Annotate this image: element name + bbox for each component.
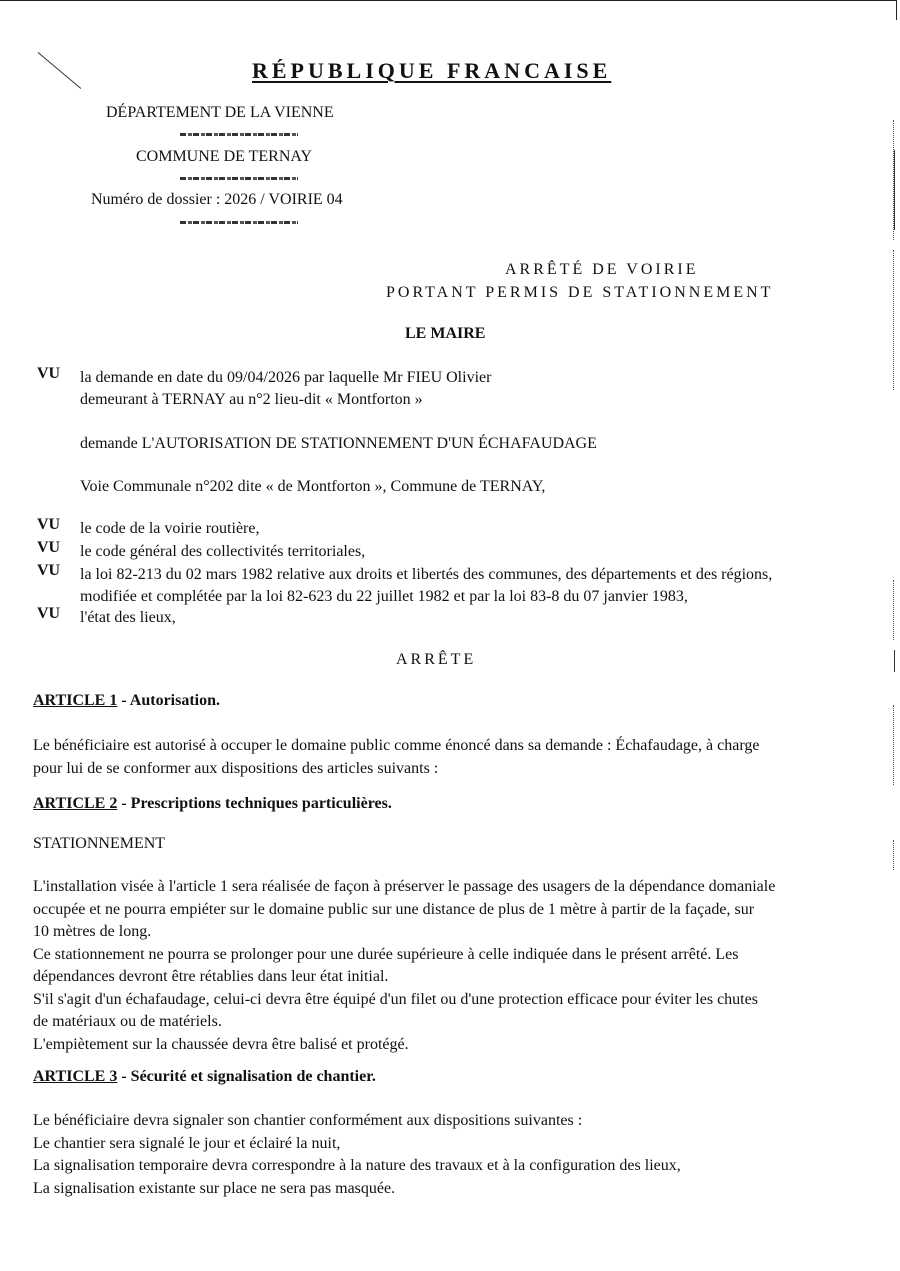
department-name: DÉPARTEMENT DE LA VIENNE: [106, 104, 334, 122]
paragraph-line: La signalisation existante sur place ne …: [33, 1178, 863, 1201]
article-title: - Autorisation.: [117, 692, 220, 709]
consideration-text: le code de la voirie routière,: [80, 518, 259, 540]
article-title: - Sécurité et signalisation de chantier.: [117, 1068, 376, 1085]
article-number: ARTICLE 1: [33, 692, 117, 709]
decree-title-line1: ARRÊTÉ DE VOIRIE: [505, 261, 698, 279]
vu-label: VU: [37, 365, 60, 383]
vu-label: VU: [37, 605, 60, 623]
article-1-heading: ARTICLE 1 - Autorisation.: [33, 690, 220, 712]
article-number: ARTICLE 3: [33, 1068, 117, 1085]
paragraph-line: L'empiètement sur la chaussée devra être…: [33, 1034, 863, 1057]
paragraph-line: dépendances devront être rétablies dans …: [33, 966, 863, 989]
article-2-subheading: STATIONNEMENT: [33, 833, 165, 855]
paragraph-line: de matériaux ou de matériels.: [33, 1011, 863, 1034]
request-demand: demande L'AUTORISATION DE STATIONNEMENT …: [80, 433, 597, 455]
decorative-separator: [180, 133, 298, 136]
republic-title: RÉPUBLIQUE FRANCAISE: [252, 58, 611, 84]
article-3-body: Le bénéficiaire devra signaler son chant…: [33, 1110, 863, 1200]
vu-label: VU: [37, 539, 60, 557]
paragraph-line: L'installation visée à l'article 1 sera …: [33, 876, 863, 899]
vu-label: VU: [37, 516, 60, 534]
paragraph-line: La signalisation temporaire devra corres…: [33, 1155, 863, 1178]
request-line: la demande en date du 09/04/2026 par laq…: [80, 367, 491, 389]
scan-edge-artifact: [893, 705, 895, 785]
request-line: demeurant à TERNAY au n°2 lieu-dit « Mon…: [80, 389, 423, 411]
decorative-separator: [180, 221, 298, 224]
paragraph-line: Le bénéficiaire devra signaler son chant…: [33, 1110, 863, 1133]
article-2-heading: ARTICLE 2 - Prescriptions techniques par…: [33, 793, 392, 815]
consideration-continuation: modifiée et complétée par la loi 82-623 …: [80, 586, 688, 608]
dossier-number: Numéro de dossier : 2026 / VOIRIE 04: [91, 191, 343, 209]
paragraph-line: pour lui de se conformer aux disposition…: [33, 758, 863, 781]
paragraph-line: 10 mètres de long.: [33, 921, 863, 944]
paragraph-line: occupée et ne pourra empiéter sur le dom…: [33, 899, 863, 922]
scan-edge-artifact: [893, 840, 895, 870]
paragraph-line: Le bénéficiaire est autorisé à occuper l…: [33, 735, 863, 758]
decree-title-line2: PORTANT PERMIS DE STATIONNEMENT: [386, 284, 773, 302]
scan-edge-artifact: [893, 250, 895, 390]
consideration-text: la loi 82-213 du 02 mars 1982 relative a…: [80, 564, 772, 586]
scan-edge-artifact: [894, 150, 895, 230]
decree-heading: ARRÊTE: [396, 651, 476, 669]
scan-edge-artifact: [893, 580, 895, 640]
paragraph-line: Le chantier sera signalé le jour et écla…: [33, 1133, 863, 1156]
vu-label: VU: [37, 562, 60, 580]
commune-name: COMMUNE DE TERNAY: [136, 148, 312, 166]
scan-border: [896, 0, 897, 20]
decorative-separator: [180, 177, 298, 180]
article-1-body: Le bénéficiaire est autorisé à occuper l…: [33, 735, 863, 780]
paragraph-line: S'il s'agit d'un échafaudage, celui-ci d…: [33, 989, 863, 1012]
paragraph-line: Ce stationnement ne pourra se prolonger …: [33, 944, 863, 967]
request-location: Voie Communale n°202 dite « de Montforto…: [80, 476, 545, 498]
article-title: - Prescriptions techniques particulières…: [117, 795, 392, 812]
pen-mark: [38, 52, 82, 89]
authority: LE MAIRE: [405, 325, 485, 343]
article-number: ARTICLE 2: [33, 795, 117, 812]
consideration-text: le code général des collectivités territ…: [80, 541, 365, 563]
article-2-body: L'installation visée à l'article 1 sera …: [33, 876, 863, 1056]
scan-border: [0, 0, 896, 1]
scan-edge-artifact: [894, 650, 895, 672]
article-3-heading: ARTICLE 3 - Sécurité et signalisation de…: [33, 1066, 376, 1088]
consideration-text: l'état des lieux,: [80, 607, 176, 629]
